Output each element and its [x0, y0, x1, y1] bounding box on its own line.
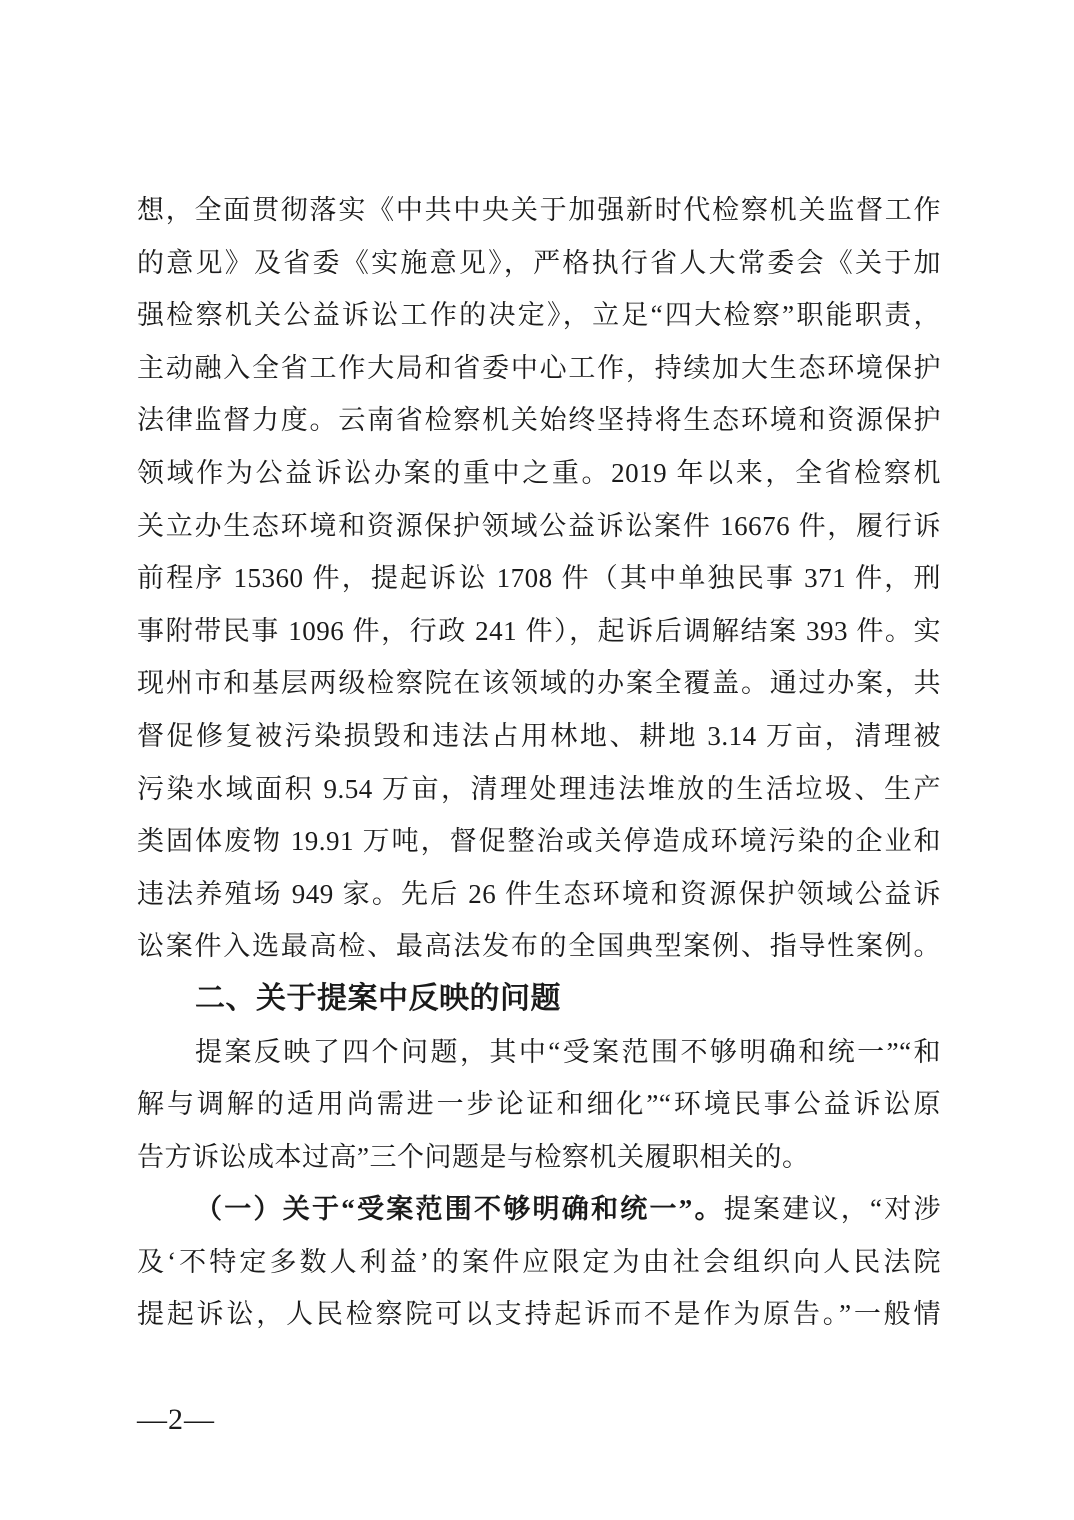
text-segment: 领域作为公益诉讼办案的重中之重。2019 年以来，全省检察机	[137, 458, 941, 488]
text-segment: 提案建议，“对涉	[724, 1194, 941, 1224]
document-page: 想，全面贯彻落实《中共中央关于加强新时代检察机关监督工作的意见》及省委《实施意见…	[0, 0, 1074, 1520]
text-line: 的意见》及省委《实施意见》，严格执行省人大常委会《关于加	[137, 237, 941, 290]
text-line: 关立办生态环境和资源保护领域公益诉讼案件 16676 件，履行诉	[137, 500, 941, 553]
text-line: 主动融入全省工作大局和省委中心工作，持续加大生态环境保护	[137, 342, 941, 395]
text-segment: 类固体废物 19.91 万吨，督促整治或关停造成环境污染的企业和	[137, 826, 941, 856]
text-line: 前程序 15360 件，提起诉讼 1708 件（其中单独民事 371 件，刑	[137, 552, 941, 605]
section-heading: 二、关于提案中反映的问题	[137, 973, 941, 1026]
text-segment: 强检察机关公益诉讼工作的决定》，立足“四大检察”职能职责，	[137, 300, 941, 330]
page-footer: —2—	[137, 1402, 215, 1438]
text-line: （一）关于“受案范围不够明确和统一”。提案建议，“对涉	[137, 1183, 941, 1236]
text-line: 提案反映了四个问题，其中“受案范围不够明确和统一”“和	[137, 1026, 941, 1079]
text-line: 解与调解的适用尚需进一步论证和细化”“环境民事公益诉讼原	[137, 1078, 941, 1131]
text-line: 提起诉讼，人民检察院可以支持起诉而不是作为原告。”一般情	[137, 1288, 941, 1341]
text-segment: 想，全面贯彻落实《中共中央关于加强新时代检察机关监督工作	[137, 195, 941, 225]
text-segment: 讼案件入选最高检、最高法发布的全国典型案例、指导性案例。	[137, 931, 941, 961]
text-line: 法律监督力度。云南省检察机关始终坚持将生态环境和资源保护	[137, 394, 941, 447]
text-line: 污染水域面积 9.54 万亩，清理处理违法堆放的生活垃圾、生产	[137, 763, 941, 816]
text-segment: （一）关于“受案范围不够明确和统一”。	[195, 1194, 724, 1224]
text-line: 告方诉讼成本过高”三个问题是与检察机关履职相关的。	[137, 1131, 941, 1184]
text-segment: 提起诉讼，人民检察院可以支持起诉而不是作为原告。”一般情	[137, 1299, 941, 1329]
text-segment: 的意见》及省委《实施意见》，严格执行省人大常委会《关于加	[137, 248, 941, 278]
text-segment: 告方诉讼成本过高”三个问题是与检察机关履职相关的。	[137, 1142, 809, 1172]
text-segment: 解与调解的适用尚需进一步论证和细化”“环境民事公益诉讼原	[137, 1089, 941, 1119]
page-number: —2—	[137, 1403, 215, 1436]
text-line: 违法养殖场 949 家。先后 26 件生态环境和资源保护领域公益诉	[137, 868, 941, 921]
text-line: 讼案件入选最高检、最高法发布的全国典型案例、指导性案例。	[137, 920, 941, 973]
text-line: 督促修复被污染损毁和违法占用林地、耕地 3.14 万亩，清理被	[137, 710, 941, 763]
text-line: 想，全面贯彻落实《中共中央关于加强新时代检察机关监督工作	[137, 184, 941, 237]
text-segment: 主动融入全省工作大局和省委中心工作，持续加大生态环境保护	[137, 353, 941, 383]
text-segment: 二、关于提案中反映的问题	[195, 982, 561, 1015]
text-line: 强检察机关公益诉讼工作的决定》，立足“四大检察”职能职责，	[137, 289, 941, 342]
text-segment: 污染水域面积 9.54 万亩，清理处理违法堆放的生活垃圾、生产	[137, 774, 941, 804]
text-segment: 督促修复被污染损毁和违法占用林地、耕地 3.14 万亩，清理被	[137, 721, 941, 751]
text-line: 现州市和基层两级检察院在该领域的办案全覆盖。通过办案，共	[137, 657, 941, 710]
text-line: 类固体废物 19.91 万吨，督促整治或关停造成环境污染的企业和	[137, 815, 941, 868]
text-segment: 现州市和基层两级检察院在该领域的办案全覆盖。通过办案，共	[137, 668, 941, 698]
text-segment: 违法养殖场 949 家。先后 26 件生态环境和资源保护领域公益诉	[137, 879, 941, 909]
document-body: 想，全面贯彻落实《中共中央关于加强新时代检察机关监督工作的意见》及省委《实施意见…	[137, 184, 941, 1341]
text-segment: 前程序 15360 件，提起诉讼 1708 件（其中单独民事 371 件，刑	[137, 563, 941, 593]
text-segment: 提案反映了四个问题，其中“受案范围不够明确和统一”“和	[195, 1037, 941, 1067]
text-line: 及‘不特定多数人利益’的案件应限定为由社会组织向人民法院	[137, 1236, 941, 1289]
text-line: 领域作为公益诉讼办案的重中之重。2019 年以来，全省检察机	[137, 447, 941, 500]
text-segment: 关立办生态环境和资源保护领域公益诉讼案件 16676 件，履行诉	[137, 511, 941, 541]
text-segment: 法律监督力度。云南省检察机关始终坚持将生态环境和资源保护	[137, 405, 941, 435]
text-segment: 事附带民事 1096 件，行政 241 件），起诉后调解结案 393 件。实	[137, 616, 941, 646]
text-line: 事附带民事 1096 件，行政 241 件），起诉后调解结案 393 件。实	[137, 605, 941, 658]
text-segment: 及‘不特定多数人利益’的案件应限定为由社会组织向人民法院	[137, 1247, 941, 1277]
